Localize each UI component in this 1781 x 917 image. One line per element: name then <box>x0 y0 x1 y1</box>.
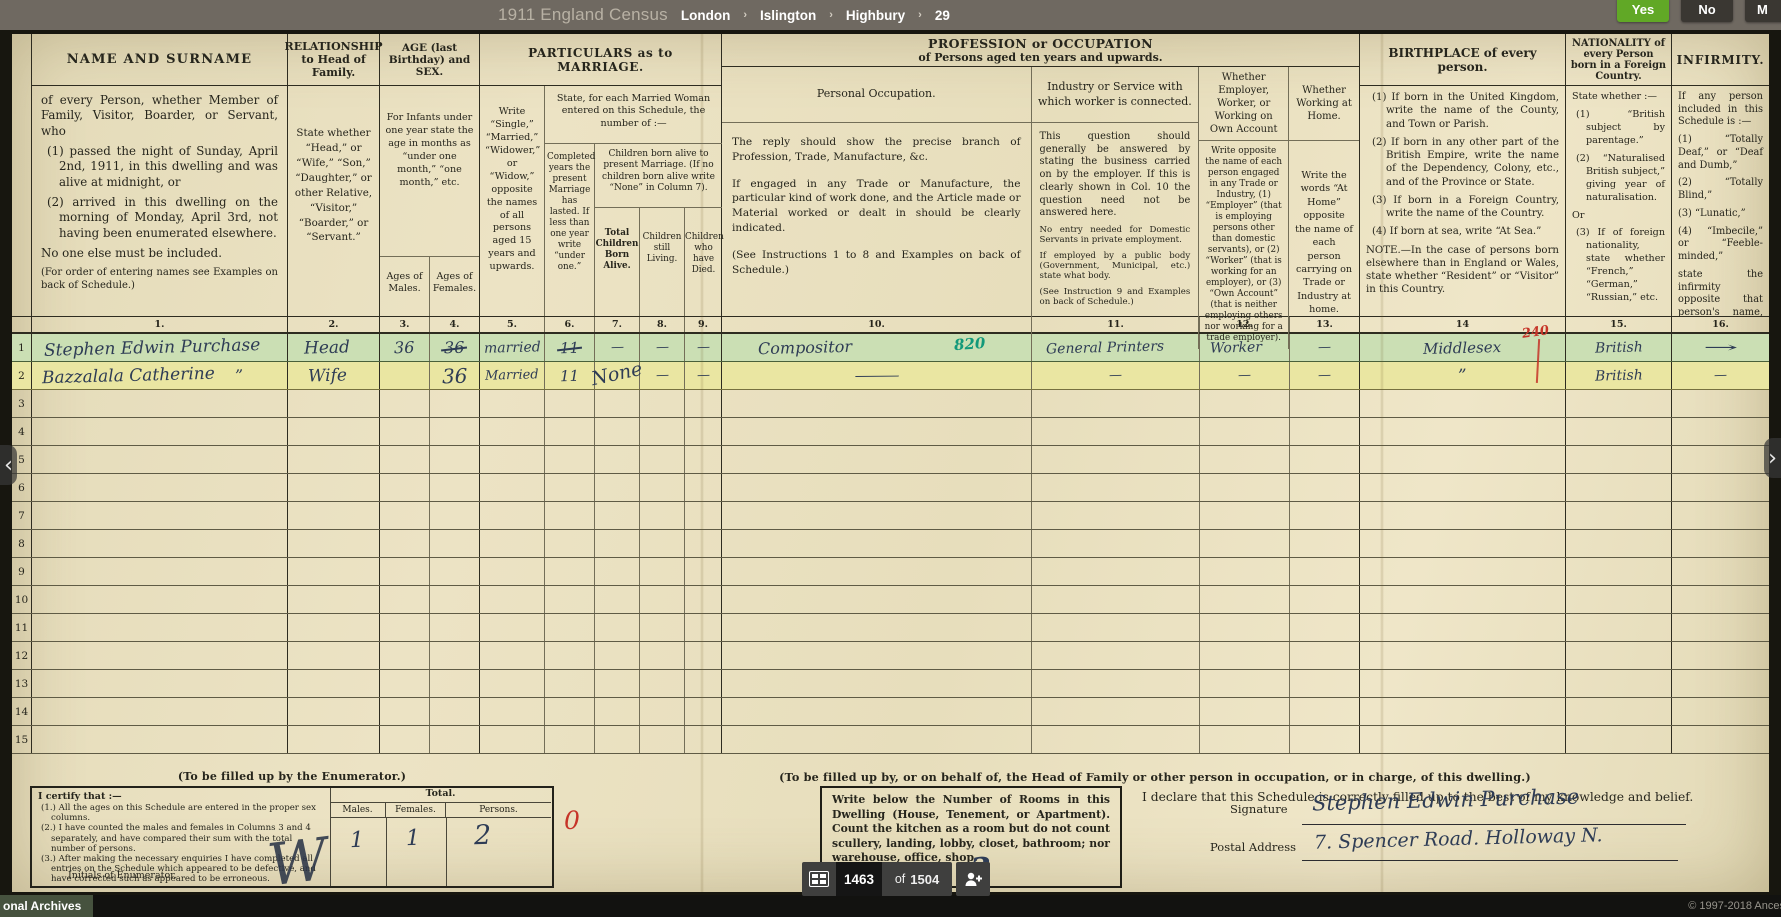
cell-children-living <box>640 726 685 753</box>
cell-name <box>32 558 288 585</box>
filmstrip-toggle-button[interactable] <box>802 862 836 896</box>
cell-industry <box>1032 670 1200 697</box>
males-total: 1 <box>350 828 365 853</box>
cell-children-died <box>685 642 722 669</box>
cell-relationship <box>288 726 380 753</box>
table-row: 15 <box>12 726 1769 754</box>
cell-name <box>32 726 288 753</box>
cell-age-female <box>430 390 480 417</box>
householder-section-label: (To be filled up by, or on behalf of, th… <box>735 770 1575 784</box>
cell-birthplace <box>1360 698 1566 725</box>
header-birthplace: BIRTHPLACE of every person. (1) If born … <box>1360 34 1566 316</box>
cell-employment-status <box>1200 418 1290 445</box>
cell-children-born <box>595 642 640 669</box>
cell-age-female <box>430 614 480 641</box>
top-toolbar: 1911 England Census London › Islington ›… <box>0 0 1781 30</box>
married-woman-note: State, for each Married Woman entered on… <box>545 86 722 144</box>
enumerator-initials-scrawl: W <box>264 825 331 900</box>
cell-relationship <box>288 586 380 613</box>
cell-children-born <box>595 670 640 697</box>
cell-children-living <box>640 530 685 557</box>
copyright-text: © 1997-2018 Ances <box>1688 900 1781 912</box>
no-button[interactable]: No <box>1681 0 1733 22</box>
table-row: 3 <box>12 390 1769 418</box>
cell-years-married <box>545 614 595 641</box>
cell-infirmity <box>1672 586 1769 613</box>
cell-marital-status <box>480 530 545 557</box>
col-number: 1. <box>32 317 288 332</box>
cell-nationality: British <box>1566 362 1672 389</box>
header-nationality: NATIONALITY of every Person born in a Fo… <box>1566 34 1672 316</box>
column-instructions: If any person included in this Schedule … <box>1672 86 1769 316</box>
cell-birthplace <box>1360 670 1566 697</box>
col-number: 10. <box>722 317 1032 332</box>
cell-working-at-home <box>1290 586 1360 613</box>
cell-infirmity <box>1672 558 1769 585</box>
cell-name: Stephen Edwin Purchase <box>32 334 288 361</box>
cell-nationality: British <box>1566 334 1672 361</box>
cell-children-living: — <box>640 334 685 361</box>
cell-marital-status <box>480 390 545 417</box>
cell-nationality <box>1566 530 1672 557</box>
col-number: 5. <box>480 317 545 332</box>
cell-working-at-home <box>1290 446 1360 473</box>
breadcrumb-islington[interactable]: Islington <box>760 8 816 23</box>
cell-birthplace <box>1360 390 1566 417</box>
cell-occupation: — <box>722 362 1032 389</box>
cell-employment-status <box>1200 670 1290 697</box>
cell-nationality <box>1566 558 1672 585</box>
cell-infirmity: → <box>1672 334 1769 361</box>
column-title: NATIONALITY of every Person born in a Fo… <box>1566 34 1671 86</box>
cell-age-male <box>380 614 430 641</box>
cell-industry <box>1032 390 1200 417</box>
cell-children-died <box>685 474 722 501</box>
row-number: 9 <box>12 558 32 585</box>
cell-children-died <box>685 586 722 613</box>
cell-occupation <box>722 642 1032 669</box>
cell-employment-status <box>1200 502 1290 529</box>
cell-age-male <box>380 390 430 417</box>
cell-age-male <box>380 530 430 557</box>
cell-years-married <box>545 446 595 473</box>
col-number: 7. <box>595 317 640 332</box>
chevron-separator-icon: › <box>743 9 747 21</box>
col-number: 11. <box>1032 317 1200 332</box>
cell-age-female <box>430 530 480 557</box>
subcolumn-children-living: Children still Living. <box>640 208 685 316</box>
cell-children-died <box>685 446 722 473</box>
cell-children-born <box>595 446 640 473</box>
row-number: 15 <box>12 726 32 753</box>
cell-children-living <box>640 390 685 417</box>
column-instructions: State whether “Head,” or “Wife,” “Son,” … <box>288 86 379 316</box>
column-title: PARTICULARS as to MARRIAGE. <box>480 34 721 86</box>
cell-infirmity <box>1672 614 1769 641</box>
cell-years-married: 11 <box>545 334 595 361</box>
save-person-button[interactable] <box>956 862 990 896</box>
cell-working-at-home <box>1290 670 1360 697</box>
cell-name <box>32 446 288 473</box>
cell-age-female: 36 <box>430 334 480 361</box>
cell-children-living <box>640 586 685 613</box>
cell-birthplace <box>1360 474 1566 501</box>
cell-age-male <box>380 362 430 389</box>
cell-industry <box>1032 474 1200 501</box>
cell-years-married <box>545 670 595 697</box>
cell-name <box>32 586 288 613</box>
table-row: 9 <box>12 558 1769 586</box>
cell-age-female <box>430 474 480 501</box>
cell-years-married <box>545 642 595 669</box>
row-number: 13 <box>12 670 32 697</box>
cell-marital-status <box>480 558 545 585</box>
cell-working-at-home <box>1290 502 1360 529</box>
cell-name <box>32 614 288 641</box>
subcolumn-males: Ages of Males. <box>380 257 430 316</box>
cell-occupation <box>722 614 1032 641</box>
cell-age-male <box>380 446 430 473</box>
cell-industry <box>1032 502 1200 529</box>
cell-children-born: — <box>595 334 640 361</box>
total-column-labels: Males. Females. Persons. <box>330 803 551 818</box>
ditto-mark: ” <box>235 366 244 385</box>
cell-relationship <box>288 614 380 641</box>
cell-relationship <box>288 390 380 417</box>
cell-working-at-home <box>1290 614 1360 641</box>
postal-address-line <box>1302 860 1678 861</box>
cell-age-male <box>380 726 430 753</box>
cell-occupation <box>722 390 1032 417</box>
subcolumn-children-died: Children who have Died. <box>685 208 722 316</box>
cell-industry <box>1032 558 1200 585</box>
cell-children-died: — <box>685 362 722 389</box>
add-person-icon <box>963 871 983 887</box>
age-subcolumns: Ages of Males. Ages of Females. <box>380 256 479 316</box>
header-infirmity: INFIRMITY. If any person included in thi… <box>1672 34 1769 316</box>
ditto-mark: ” <box>1458 365 1467 385</box>
cell-children-living <box>640 698 685 725</box>
cell-nationality <box>1566 446 1672 473</box>
cell-employment-status <box>1200 390 1290 417</box>
table-row: 4 <box>12 418 1769 446</box>
cell-birthplace: Middlesex 240 <box>1360 334 1566 361</box>
total-images: 1504 <box>910 872 939 887</box>
cell-employment-status: — <box>1200 362 1290 389</box>
cell-relationship <box>288 446 380 473</box>
cell-children-died <box>685 558 722 585</box>
table-row: 8 <box>12 530 1769 558</box>
cell-age-male <box>380 642 430 669</box>
subcolumn-years-married: Completed years the present Marriage has… <box>545 144 595 316</box>
row-number: 14 <box>12 698 32 725</box>
cell-industry <box>1032 418 1200 445</box>
cell-relationship <box>288 670 380 697</box>
cell-age-male <box>380 670 430 697</box>
cell-industry <box>1032 698 1200 725</box>
cell-years-married: 11 <box>545 362 595 389</box>
cell-age-male <box>380 558 430 585</box>
column-title: PROFESSION or OCCUPATION of Persons aged… <box>722 34 1359 67</box>
cell-infirmity: — <box>1672 362 1769 389</box>
cell-working-at-home <box>1290 474 1360 501</box>
cell-years-married <box>545 698 595 725</box>
cell-children-born <box>595 418 640 445</box>
col-number: 13. <box>1290 317 1360 332</box>
signature-label: Signature <box>1230 802 1288 816</box>
cell-marital-status <box>480 698 545 725</box>
cell-industry: — <box>1032 362 1200 389</box>
column-number-row: 1. 2. 3. 4. 5. 6. 7. 8. 9. 10. 11. 12. 1… <box>12 316 1769 334</box>
table-row: 13 <box>12 670 1769 698</box>
page-title: 1911 England Census <box>498 5 668 25</box>
cell-age-female <box>430 418 480 445</box>
cell-birthplace <box>1360 642 1566 669</box>
header-gutter <box>12 34 32 316</box>
cell-birthplace <box>1360 446 1566 473</box>
column-title: INFIRMITY. <box>1672 34 1769 86</box>
cell-nationality <box>1566 726 1672 753</box>
cell-infirmity <box>1672 642 1769 669</box>
table-row: 11 <box>12 614 1769 642</box>
cell-age-female <box>430 642 480 669</box>
females-label: Females. <box>386 803 446 817</box>
cell-children-living <box>640 614 685 641</box>
table-row: 7 <box>12 502 1769 530</box>
males-label: Males. <box>330 803 386 817</box>
record-row-1[interactable]: 1 Stephen Edwin Purchase Head 36 36 marr… <box>12 334 1769 362</box>
cell-industry <box>1032 642 1200 669</box>
record-row-2[interactable]: 2 Bazzalala Catherine ” Wife 36 Married … <box>12 362 1769 390</box>
cell-children-living <box>640 446 685 473</box>
cell-name <box>32 698 288 725</box>
cell-employment-status <box>1200 614 1290 641</box>
row-number: 2 <box>12 362 32 389</box>
cell-working-at-home <box>1290 418 1360 445</box>
cell-name <box>32 418 288 445</box>
cell-children-born <box>595 502 640 529</box>
cell-marital-status: married <box>480 334 545 361</box>
cell-birthplace <box>1360 586 1566 613</box>
page-footer: onal Archives © 1997-2018 Ances <box>0 895 1781 917</box>
col-number: 15. <box>1566 317 1672 332</box>
cell-working-at-home <box>1290 642 1360 669</box>
persons-label: Persons. <box>446 803 551 817</box>
subcolumn-industry: Industry or Service with which worker is… <box>1032 67 1200 349</box>
cell-relationship <box>288 698 380 725</box>
cell-age-male <box>380 586 430 613</box>
divider <box>386 818 387 886</box>
cell-relationship <box>288 474 380 501</box>
subcolumn-marital-status: Write “Single,” “Married,” “Widower,” or… <box>480 86 545 316</box>
cell-name <box>32 670 288 697</box>
filmstrip-icon <box>809 871 829 887</box>
cell-years-married <box>545 390 595 417</box>
cell-employment-status <box>1200 586 1290 613</box>
row-number: 3 <box>12 390 32 417</box>
image-count: of 1504 <box>882 862 952 896</box>
cell-infirmity <box>1672 418 1769 445</box>
cell-birthplace: ” <box>1360 362 1566 389</box>
cell-name <box>32 502 288 529</box>
enumerator-box: I certify that :— (1.) All the ages on t… <box>30 786 554 888</box>
table-header: NAME AND SURNAME of every Person, whethe… <box>12 34 1769 316</box>
previous-image-button[interactable]: ‹ <box>0 445 17 485</box>
header-name: NAME AND SURNAME of every Person, whethe… <box>32 34 288 316</box>
row-number: 1 <box>12 334 32 361</box>
cell-relationship <box>288 642 380 669</box>
cell-nationality <box>1566 418 1672 445</box>
cell-children-living <box>640 502 685 529</box>
column-instructions: (1) If born in the United Kingdom, write… <box>1360 86 1565 316</box>
column-title: RELATIONSHIP to Head of Family. <box>288 34 379 86</box>
breadcrumb-london[interactable]: London <box>681 8 730 23</box>
cell-years-married <box>545 530 595 557</box>
cell-age-female <box>430 446 480 473</box>
cell-marital-status <box>480 670 545 697</box>
cell-working-at-home <box>1290 390 1360 417</box>
cell-children-born <box>595 726 640 753</box>
subcolumn-occupation: Personal Occupation. The reply should sh… <box>722 67 1032 349</box>
header-age-sex: AGE (last Birthday) and SEX. For Infants… <box>380 34 480 316</box>
cell-working-at-home: — <box>1290 334 1360 361</box>
cell-industry <box>1032 530 1200 557</box>
cell-children-born <box>595 558 640 585</box>
column-title: AGE (last Birthday) and SEX. <box>380 34 479 86</box>
cell-relationship <box>288 418 380 445</box>
subcolumn-working-at-home: Whether Working at Home. Write the words… <box>1289 67 1359 349</box>
subcolumn-children-born: Total Children Born Alive. <box>595 208 640 316</box>
cell-children-born <box>595 586 640 613</box>
cell-children-born <box>595 698 640 725</box>
cell-birthplace <box>1360 502 1566 529</box>
cell-infirmity <box>1672 698 1769 725</box>
table-row: 10 <box>12 586 1769 614</box>
cell-employment-status: Worker <box>1200 334 1290 361</box>
subcolumn-employment-status: Whether Employer, Worker, or Working on … <box>1199 67 1289 349</box>
breadcrumb-highbury[interactable]: Highbury <box>846 8 905 23</box>
cell-working-at-home: — <box>1290 362 1360 389</box>
cell-name: Bazzalala Catherine ” <box>32 362 288 389</box>
cell-children-died <box>685 418 722 445</box>
next-image-button[interactable]: › <box>1764 438 1781 478</box>
cell-children-living: — <box>640 362 685 389</box>
image-pager: 1463 of 1504 <box>802 862 990 896</box>
cell-age-female <box>430 726 480 753</box>
cell-children-died <box>685 614 722 641</box>
cell-nationality <box>1566 698 1672 725</box>
cell-name <box>32 390 288 417</box>
red-pen-mark: 0 <box>564 806 580 835</box>
cell-relationship: Head <box>288 334 380 361</box>
cell-years-married <box>545 474 595 501</box>
cell-years-married <box>545 558 595 585</box>
cell-age-female <box>430 670 480 697</box>
cell-birthplace <box>1360 558 1566 585</box>
col-number: 12. <box>1200 317 1290 332</box>
subcolumn-females: Ages of Females. <box>430 257 479 316</box>
cell-children-living <box>640 474 685 501</box>
cell-children-born: None <box>595 362 640 389</box>
cell-children-died: — <box>685 334 722 361</box>
cell-working-at-home <box>1290 558 1360 585</box>
cell-occupation <box>722 670 1032 697</box>
cell-industry <box>1032 614 1200 641</box>
cell-children-died <box>685 670 722 697</box>
cell-age-male <box>380 418 430 445</box>
col-number: 4. <box>430 317 480 332</box>
cell-children-died <box>685 726 722 753</box>
row-number: 4 <box>12 418 32 445</box>
cell-years-married <box>545 418 595 445</box>
census-sheet[interactable]: NAME AND SURNAME of every Person, whethe… <box>12 34 1769 892</box>
cell-age-female: 36 <box>430 362 480 389</box>
maybe-button[interactable]: M <box>1745 0 1781 22</box>
cell-industry: General Printers <box>1032 334 1200 361</box>
table-row: 14 <box>12 698 1769 726</box>
cell-infirmity <box>1672 726 1769 753</box>
cell-infirmity <box>1672 446 1769 473</box>
col-number: 3. <box>380 317 430 332</box>
cell-nationality <box>1566 670 1672 697</box>
total-label: Total. <box>330 788 551 803</box>
cell-birthplace <box>1360 726 1566 753</box>
cell-occupation <box>722 446 1032 473</box>
cell-employment-status <box>1200 642 1290 669</box>
cell-employment-status <box>1200 530 1290 557</box>
cell-employment-status <box>1200 558 1290 585</box>
cell-children-living <box>640 558 685 585</box>
col-number: 16. <box>1672 317 1769 332</box>
of-label: of <box>895 872 905 886</box>
census-image-frame: NAME AND SURNAME of every Person, whethe… <box>0 30 1781 895</box>
cell-children-born <box>595 474 640 501</box>
cell-birthplace <box>1360 614 1566 641</box>
cell-years-married <box>545 586 595 613</box>
cell-working-at-home <box>1290 726 1360 753</box>
row-number: 7 <box>12 502 32 529</box>
cell-employment-status <box>1200 446 1290 473</box>
cell-industry <box>1032 726 1200 753</box>
cell-marital-status <box>480 726 545 753</box>
breadcrumb: 1911 England Census London › Islington ›… <box>498 0 950 30</box>
cell-name <box>32 474 288 501</box>
cell-occupation <box>722 558 1032 585</box>
column-title: BIRTHPLACE of every person. <box>1360 34 1565 86</box>
col-number: 6. <box>545 317 595 332</box>
cell-industry <box>1032 586 1200 613</box>
chevron-separator-icon: › <box>918 9 922 21</box>
cell-age-male: 36 <box>380 334 430 361</box>
cell-nationality <box>1566 502 1672 529</box>
cell-years-married <box>545 726 595 753</box>
row-number: 11 <box>12 614 32 641</box>
cell-children-living <box>640 418 685 445</box>
occupation-code-annotation: 820 <box>953 334 985 354</box>
postal-address-handwriting: 7. Spencer Road. Holloway N. <box>1314 824 1603 854</box>
persons-total: 2 <box>474 820 492 851</box>
initials-label: Initials of Enumerator. <box>68 870 177 881</box>
current-image-number[interactable]: 1463 <box>836 862 882 896</box>
cell-nationality <box>1566 642 1672 669</box>
breadcrumb-piece[interactable]: 29 <box>935 8 950 23</box>
column-title: NAME AND SURNAME <box>32 34 287 86</box>
signature-line <box>1302 824 1686 825</box>
yes-button[interactable]: Yes <box>1617 0 1669 22</box>
cell-nationality <box>1566 614 1672 641</box>
cell-nationality <box>1566 390 1672 417</box>
cell-marital-status <box>480 642 545 669</box>
